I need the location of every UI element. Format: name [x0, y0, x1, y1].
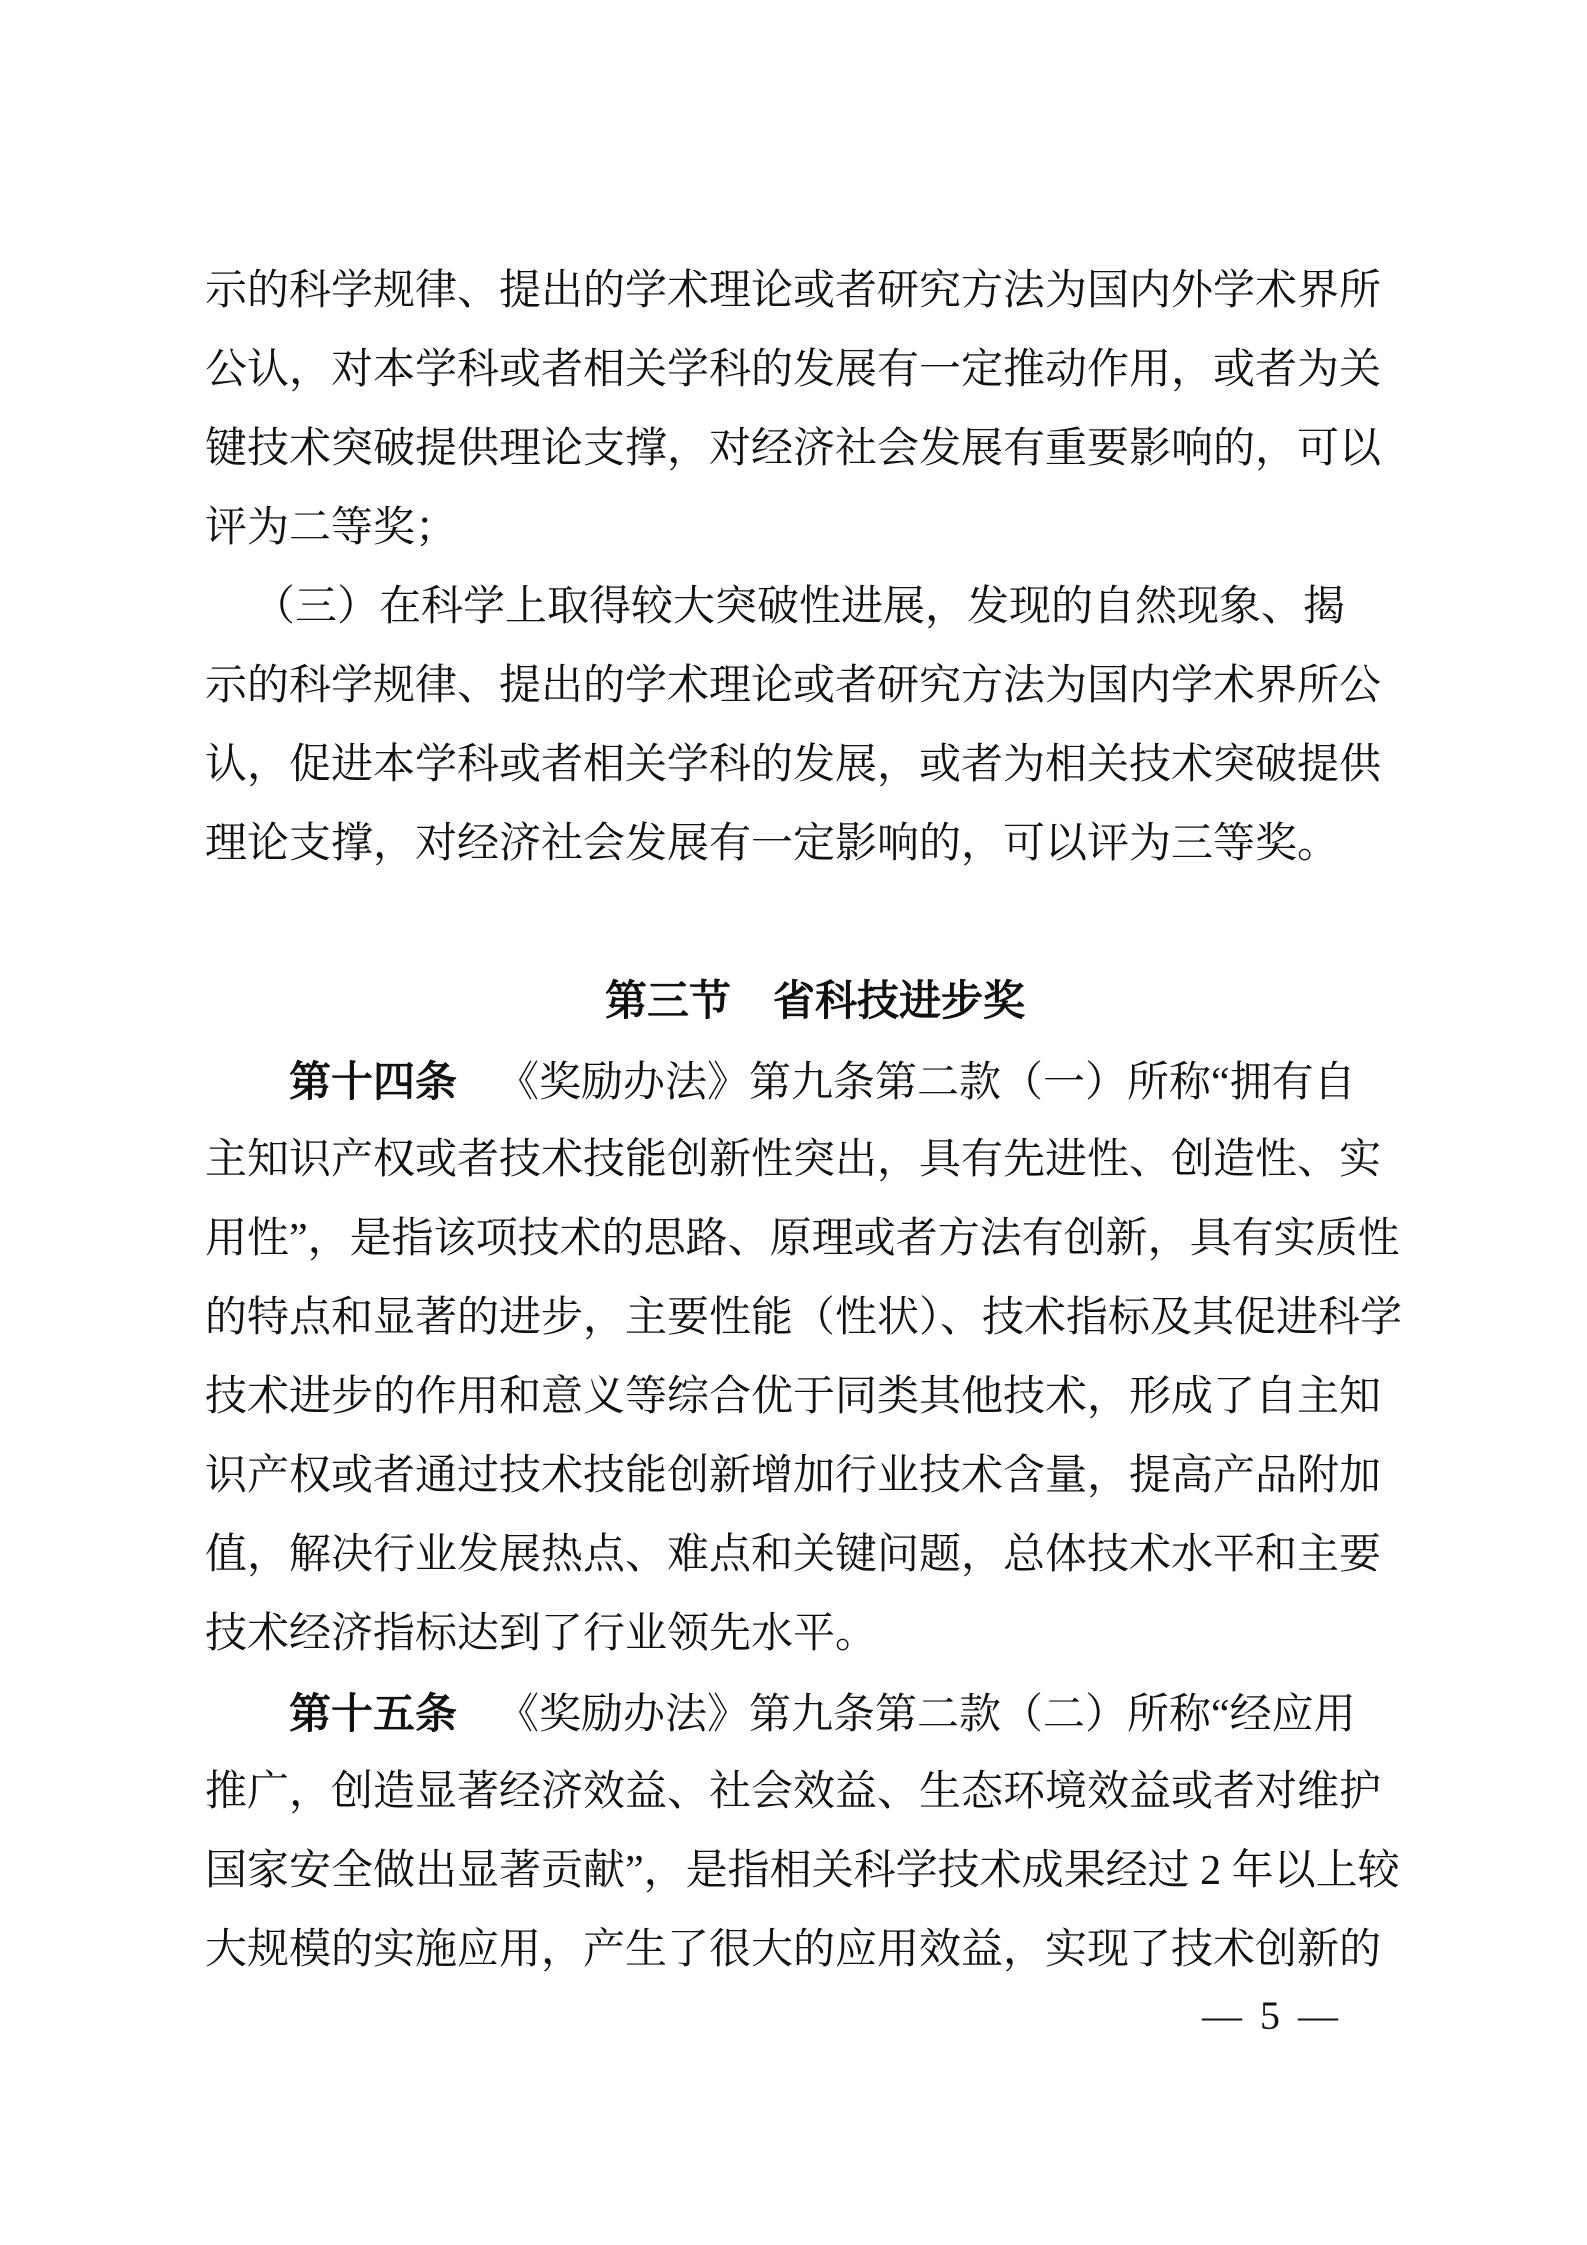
text-line: 主知识产权或者技术技能创新性突出，具有先进性、创造性、实: [205, 1121, 1425, 1200]
text-line: 公认，对本学科或者相关学科的发展有一定推动作用，或者为关: [205, 331, 1425, 410]
article-label: 第十五条: [289, 1690, 457, 1737]
article-label: 第十四条: [289, 1058, 457, 1105]
text-line: 的特点和显著的进步，主要性能（性状）、技术指标及其促进科学: [205, 1279, 1425, 1358]
text-line: 评为二等奖；: [205, 489, 1425, 568]
page-number: — 5 —: [1202, 1992, 1342, 2039]
text-line-rest: 《奖励办法》第九条第二款（一）所称“拥有自: [497, 1060, 1356, 1106]
text-line: 推广，创造显著经济效益、社会效益、生态环境效益或者对维护: [205, 1753, 1425, 1832]
text-line: 国家安全做出显著贡献”，是指相关科学技术成果经过 2 年以上较: [205, 1832, 1425, 1911]
text-line: 识产权或者通过技术技能创新增加行业技术含量，提高产品附加: [205, 1437, 1425, 1516]
document-body: 示的科学规律、提出的学术理论或者研究方法为国内外学术界所 公认，对本学科或者相关…: [205, 252, 1425, 1990]
text-line-rest: 《奖励办法》第九条第二款（二）所称“经应用: [497, 1692, 1356, 1738]
text-line: 示的科学规律、提出的学术理论或者研究方法为国内学术界所公: [205, 647, 1425, 726]
text-line: 值，解决行业发展热点、难点和关键问题，总体技术水平和主要: [205, 1516, 1425, 1595]
text-line: 示的科学规律、提出的学术理论或者研究方法为国内外学术界所: [205, 252, 1425, 331]
text-line: 理论支撑，对经济社会发展有一定影响的，可以评为三等奖。: [205, 805, 1425, 884]
text-line: 大规模的实施应用，产生了很大的应用效益，实现了技术创新的: [205, 1911, 1425, 1990]
text-line: 第十四条《奖励办法》第九条第二款（一）所称“拥有自: [205, 1042, 1425, 1121]
text-line: 认，促进本学科或者相关学科的发展，或者为相关技术突破提供: [205, 726, 1425, 805]
text-line: 技术经济指标达到了行业领先水平。: [205, 1595, 1425, 1674]
text-line: （三）在科学上取得较大突破性进展，发现的自然现象、揭: [205, 568, 1425, 647]
section-heading: 第三节 省科技进步奖: [205, 963, 1425, 1042]
text-line: 键技术突破提供理论支撑，对经济社会发展有重要影响的，可以: [205, 410, 1425, 489]
document-page: 示的科学规律、提出的学术理论或者研究方法为国内外学术界所 公认，对本学科或者相关…: [0, 0, 1587, 2245]
text-line: 用性”，是指该项技术的思路、原理或者方法有创新，具有实质性: [205, 1200, 1425, 1279]
text-line: 技术进步的作用和意义等综合优于同类其他技术，形成了自主知: [205, 1358, 1425, 1437]
blank-line: [205, 884, 1425, 963]
text-line: 第十五条《奖励办法》第九条第二款（二）所称“经应用: [205, 1674, 1425, 1753]
